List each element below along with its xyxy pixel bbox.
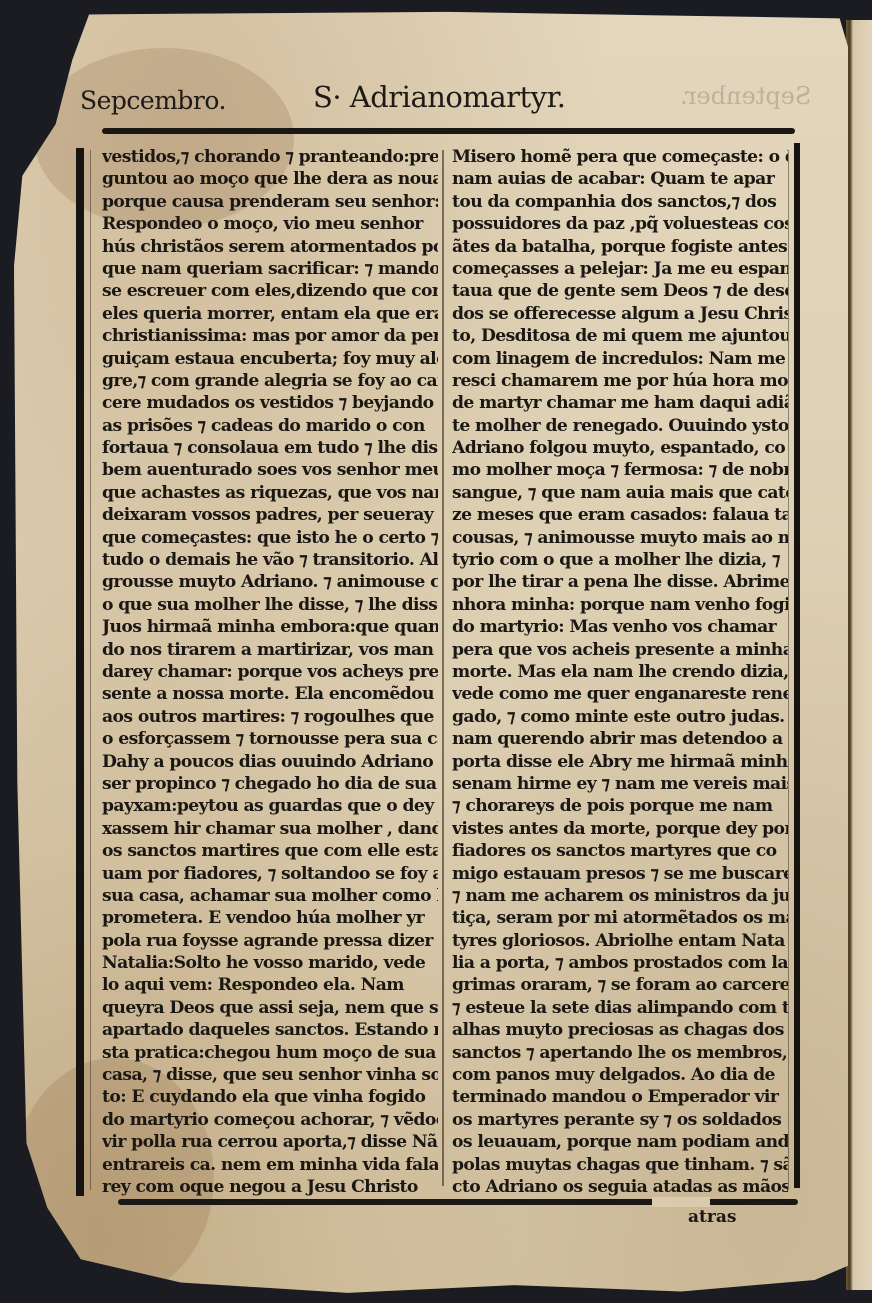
text-line: gre,⁊ com grande alegria se foy ao car xyxy=(102,370,438,392)
frame-inner-left-line xyxy=(90,150,91,1190)
text-line: cousas, ⁊ animousse muyto mais ao mar xyxy=(452,527,788,549)
text-line: tudo o demais he vão ⁊ transitorio. Ale xyxy=(102,549,438,571)
text-line: Adriano folgou muyto, espantado, co xyxy=(452,437,788,459)
text-line: por lhe tirar a pena lhe disse. Abrime s… xyxy=(452,571,788,593)
text-line: rey com oque negou a Jesu Christo xyxy=(102,1176,438,1198)
text-line: os martyres perante sy ⁊ os soldados xyxy=(452,1109,788,1131)
text-line: to: E cuydando ela que vinha fogido xyxy=(102,1086,438,1108)
text-line: porta disse ele Abry me hirmaã minha xyxy=(452,751,788,773)
text-line: deixaram vossos padres, per seueray no xyxy=(102,504,438,526)
text-line: sente a nossa morte. Ela encomẽdou o xyxy=(102,683,438,705)
text-line: eles queria morrer, entam ela que era xyxy=(102,303,438,325)
text-line: cere mudados os vestidos ⁊ beyjando xyxy=(102,392,438,414)
text-line: apartado daqueles sanctos. Estando ne xyxy=(102,1019,438,1041)
text-line: tiça, seram por mi atormẽtados os mar xyxy=(452,907,788,929)
text-line: os leuauam, porque nam podiam andar xyxy=(452,1131,788,1153)
text-line: nam querendo abrir mas detendoo a xyxy=(452,728,788,750)
text-line: grimas oraram, ⁊ se foram ao carcere, ⁊ xyxy=(452,974,788,996)
text-line: lia a porta, ⁊ ambos prostados com la xyxy=(452,952,788,974)
text-line: uam por fiadores, ⁊ soltandoo se foy a xyxy=(102,863,438,885)
text-line: mo molher moça ⁊ fermosa: ⁊ de nobre xyxy=(452,459,788,481)
text-line: começasses a pelejar: Ja me eu espan xyxy=(452,258,788,280)
text-line: nhora minha: porque nam venho fogido xyxy=(452,594,788,616)
text-line: resci chamarem me por húa hora molher xyxy=(452,370,788,392)
text-line: lo aqui vem: Respondeo ela. Nam xyxy=(102,974,438,996)
text-line: senam hirme ey ⁊ nam me vereis mais: xyxy=(452,773,788,795)
text-line: Dahy a poucos dias ouuindo Adriano xyxy=(102,751,438,773)
text-line: nam auias de acabar: Quam te apar xyxy=(452,168,788,190)
text-line: payxam:peytou as guardas que o dey xyxy=(102,795,438,817)
text-line: vistes antes da morte, porque dey por xyxy=(452,818,788,840)
frame-right-border xyxy=(794,143,800,1188)
text-line: vede como me quer enganareste rene xyxy=(452,683,788,705)
text-line: pola rua foysse agrande pressa dizer a xyxy=(102,930,438,952)
text-line: com linagem de incredulos: Nam me xyxy=(452,348,788,370)
text-line: com panos muy delgados. Ao dia de xyxy=(452,1064,788,1086)
text-line: casa, ⁊ disse, que seu senhor vinha sol xyxy=(102,1064,438,1086)
text-line: terminado mandou o Emperador vir xyxy=(452,1086,788,1108)
text-line: polas muytas chagas que tinham. ⁊ sã xyxy=(452,1154,788,1176)
text-line: de martyr chamar me ham daqui adiã xyxy=(452,392,788,414)
running-head-title: S· Adrianomartyr. xyxy=(313,80,565,114)
frame-left-border xyxy=(76,148,84,1196)
text-line: Misero homẽ pera que começaste: o q̃ xyxy=(452,146,788,168)
text-line: dos se offerecesse algum a Jesu Chris xyxy=(452,303,788,325)
running-head-month: Sepcembro. xyxy=(80,86,226,115)
text-line: cto Adriano os seguia atadas as mãos xyxy=(452,1176,788,1198)
text-line: Respondeo o moço, vio meu senhor xyxy=(102,213,438,235)
text-line: o que sua molher lhe disse, ⁊ lhe disse. xyxy=(102,594,438,616)
text-line: porque causa prenderam seu senhor: xyxy=(102,191,438,213)
text-line: do martyrio começou achorar, ⁊ vẽdoo xyxy=(102,1109,438,1131)
text-line: tou da companhia dos sanctos,⁊ dos xyxy=(452,191,788,213)
text-line: sta pratica:chegou hum moço de sua xyxy=(102,1042,438,1064)
text-line: bem auenturado soes vos senhor meu xyxy=(102,459,438,481)
text-line: sangue, ⁊ que nam auia mais que cator xyxy=(452,482,788,504)
text-line: Juos hirmaã minha embora:que quan xyxy=(102,616,438,638)
text-line: queyra Deos que assi seja, nem que seja xyxy=(102,997,438,1019)
text-column-right: Misero homẽ pera que começaste: o q̃ nam… xyxy=(452,146,788,1198)
text-line: alhas muyto preciosas as chagas dos xyxy=(452,1019,788,1041)
column-divider xyxy=(442,150,444,1186)
top-rule xyxy=(102,128,795,134)
text-line: gado, ⁊ como minte este outro judas. E xyxy=(452,706,788,728)
text-line: as prisões ⁊ cadeas do marido o con xyxy=(102,415,438,437)
text-line: do nos tirarem a martirizar, vos man xyxy=(102,639,438,661)
text-line: ⁊ chorareys de pois porque me nam xyxy=(452,795,788,817)
text-line: que nam queriam sacrificar: ⁊ mandou xyxy=(102,258,438,280)
text-line: os sanctos martires que com elle esta xyxy=(102,840,438,862)
adjacent-page-edge xyxy=(846,20,872,1290)
text-line: taua que de gente sem Deos ⁊ de descri xyxy=(452,280,788,302)
text-line: te molher de renegado. Ouuindo ysto xyxy=(452,415,788,437)
text-line: o esforçassem ⁊ tornousse pera sua casa. xyxy=(102,728,438,750)
text-line: ze meses que eram casados: falaua taes xyxy=(452,504,788,526)
text-line: que começastes: que isto he o certo ⁊ xyxy=(102,527,438,549)
text-line: guntou ao moço que lhe dera as nouas xyxy=(102,168,438,190)
text-line: darey chamar: porque vos acheys pre xyxy=(102,661,438,683)
text-column-left: vestidos,⁊ chorando ⁊ pranteando:pre gun… xyxy=(102,146,438,1198)
text-line: tyres gloriosos. Abriolhe entam Nata xyxy=(452,930,788,952)
text-line: ãtes da batalha, porque fogiste antes q̃ xyxy=(452,236,788,258)
text-line: morte. Mas ela nam lhe crendo dizia, xyxy=(452,661,788,683)
text-line: do martyrio: Mas venho vos chamar xyxy=(452,616,788,638)
text-line: tyrio com o que a molher lhe dizia, ⁊ xyxy=(452,549,788,571)
text-line: ser propinco ⁊ chegado ho dia de sua xyxy=(102,773,438,795)
text-line: pera que vos acheis presente a minha xyxy=(452,639,788,661)
text-line: sua casa, achamar sua molher como lhe xyxy=(102,885,438,907)
text-line: christianissima: mas por amor da perse xyxy=(102,325,438,347)
text-line: se escreuer com eles,dizendo que com xyxy=(102,280,438,302)
text-line: entrareis ca. nem em minha vida fala xyxy=(102,1154,438,1176)
catchword: atras xyxy=(688,1207,736,1227)
text-line: fortaua ⁊ consolaua em tudo ⁊ lhe disse. xyxy=(102,437,438,459)
text-line: possuidores da paz ,pq̃ voluesteas costa… xyxy=(452,213,788,235)
scan-background: Sepcembro. S· Adrianomartyr. Septenber. … xyxy=(0,0,872,1303)
text-line: migo estauam presos ⁊ se me buscarem xyxy=(452,863,788,885)
text-line: sanctos ⁊ apertando lhe os membros, xyxy=(452,1042,788,1064)
text-line: hús christãos serem atormentados por xyxy=(102,236,438,258)
bottom-rule-break xyxy=(652,1197,710,1207)
frame-inner-right-line xyxy=(788,150,789,1190)
text-line: vir polla rua cerrou aporta,⁊ disse Nã xyxy=(102,1131,438,1153)
running-head-bleed-through: Septenber. xyxy=(680,82,811,110)
text-line: prometera. E vendoo húa molher yr xyxy=(102,907,438,929)
text-line: aos outros martires: ⁊ rogoulhes que xyxy=(102,706,438,728)
text-line: xassem hir chamar sua molher , dando xyxy=(102,818,438,840)
text-line: grousse muyto Adriano. ⁊ animouse cõ xyxy=(102,571,438,593)
text-line: to, Desditosa de mi quem me ajuntou xyxy=(452,325,788,347)
text-line: Natalia:Solto he vosso marido, vede xyxy=(102,952,438,974)
text-line: ⁊ nam me acharem os ministros da jus xyxy=(452,885,788,907)
text-line: fiadores os sanctos martyres que co xyxy=(452,840,788,862)
text-line: vestidos,⁊ chorando ⁊ pranteando:pre xyxy=(102,146,438,168)
text-line: que achastes as riquezas, que vos nam xyxy=(102,482,438,504)
text-line: guiçam estaua encuberta; foy muy ale xyxy=(102,348,438,370)
text-line: ⁊ esteue la sete dias alimpando com to xyxy=(452,997,788,1019)
